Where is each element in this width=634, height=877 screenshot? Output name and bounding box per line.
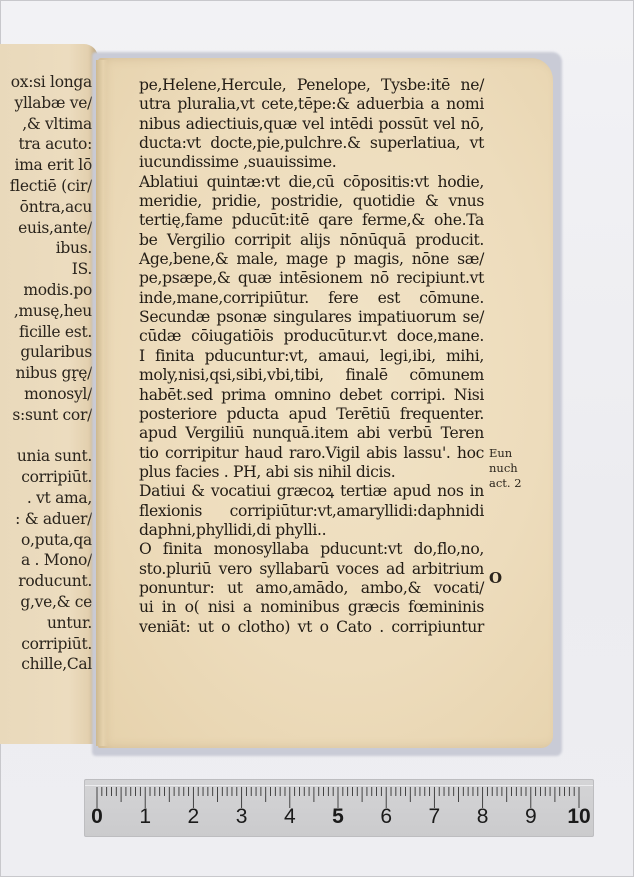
left-page: ox:si longayllabæ ve/,& vltimatra acuto:…	[0, 44, 98, 744]
ruler-label-4: 4	[275, 805, 305, 829]
left-text-line: IS.	[0, 259, 92, 280]
text-line: sto.pluriū vero syllabarū voces ad arbit…	[139, 560, 484, 579]
left-text-line: : & aduer/	[0, 509, 92, 530]
text-line: pe,Helene,Hercule, Penelope, Tysbe:itē n…	[139, 76, 484, 95]
ruler-label-7: 7	[419, 805, 449, 829]
scale-ruler: 012345678910	[84, 779, 594, 837]
text-line: nibus adiectiuis,quæ vel intēdi possūt v…	[139, 115, 484, 134]
margin-note-line: nuch	[489, 461, 529, 476]
text-line: ducta:vt docte,pie,pulchre.& superlatiua…	[139, 134, 484, 153]
margin-note-line: Eun	[489, 446, 529, 461]
left-text-line: unia sunt.	[0, 446, 92, 467]
left-text-line: nibus gr̨ę/	[0, 363, 92, 384]
text-line: inde,mane,corripiūtur. fere est cōmune.	[139, 289, 484, 308]
left-text-line: chille,Cal	[0, 654, 92, 675]
text-line: utra pluralia,vt cete,tēpe:& aduerbia a …	[139, 95, 484, 114]
text-line: pe,psæpe,& quæ intēsionem nō recipiunt.v…	[139, 269, 484, 288]
left-text-line: ficille est.	[0, 322, 92, 343]
text-line: flexionis corripiūtur:vt,amaryllidi:daph…	[139, 502, 484, 521]
margin-note-eunuch: Eunnuchact. 2	[489, 446, 529, 491]
left-text-line: roducunt.	[0, 571, 92, 592]
text-line: tio corripitur haud raro.Vigil abis lass…	[139, 444, 484, 463]
text-line: ponuntur: ut amo,amādo, ambo,& vocati/	[139, 579, 484, 598]
text-line: Datiui & vocatiui græcoꝝ tertiæ apud nos…	[139, 482, 484, 501]
margin-note-line: act. 2	[489, 476, 529, 491]
ruler-label-0: 0	[82, 805, 112, 829]
ruler-label-3: 3	[227, 805, 257, 829]
book-gutter	[96, 60, 108, 746]
ruler-label-10: 10	[564, 805, 594, 829]
left-text-line: ōntra,acu	[0, 197, 92, 218]
left-text-line: gularibus	[0, 342, 92, 363]
left-text-line: modis.po	[0, 280, 92, 301]
left-text-line: o,puta,qa	[0, 530, 92, 551]
left-text-line: g,ve,& ce	[0, 592, 92, 613]
left-text-line: flectiē (cir/	[0, 176, 92, 197]
text-line: apud Vergiliū nunquā.item abi verbū Tere…	[139, 424, 484, 443]
right-page-text: pe,Helene,Hercule, Penelope, Tysbe:itē n…	[139, 76, 484, 637]
left-text-line: ,musę,heu	[0, 301, 92, 322]
left-text-line: ibus.	[0, 238, 92, 259]
left-text-line: euis,ante/	[0, 218, 92, 239]
left-text-line: yllabæ ve/	[0, 93, 92, 114]
text-line: meridie, pridie, postridie, quotidie & v…	[139, 192, 484, 211]
text-line: I finita pducuntur:vt, amaui, legi,ibi, …	[139, 347, 484, 366]
text-line: ui in o( nisi a nominibus græcis fœminin…	[139, 598, 484, 617]
left-page-text: ox:si longayllabæ ve/,& vltimatra acuto:…	[0, 72, 92, 675]
left-text-line: corripiūt.	[0, 634, 92, 655]
text-line: cūdæ cōiugatiōis producūtur.vt doce,mane…	[139, 327, 484, 346]
left-text-line: untur.	[0, 613, 92, 634]
margin-marker: O	[489, 569, 502, 587]
text-line: Ablatiui quintæ:vt die,cū cōpositis:vt h…	[139, 173, 484, 192]
left-text-line: s:sunt cor/	[0, 405, 92, 426]
text-line: Age,bene,& male, mage p magis, nōne sæ/	[139, 250, 484, 269]
text-line: tertię,fame pducūt:itē qare ferme,& ohe.…	[139, 211, 484, 230]
text-line: moly,nisi,qsi,sibi,vbi,tibi, finalē cōmu…	[139, 366, 484, 385]
text-line: habēt.sed prima omnino debet corripi. Ni…	[139, 386, 484, 405]
left-text-line	[0, 426, 92, 447]
ruler-label-2: 2	[178, 805, 208, 829]
text-line: iucundissime ,suauissime.	[139, 153, 484, 172]
text-line: posteriore pducta apud Terētiū frequente…	[139, 405, 484, 424]
left-text-line: . vt ama,	[0, 488, 92, 509]
left-text-line: ox:si longa	[0, 72, 92, 93]
text-line: Secundæ psonæ singulares impatiuorum se/	[139, 308, 484, 327]
ruler-label-8: 8	[468, 805, 498, 829]
left-text-line: tra acuto:	[0, 134, 92, 155]
text-line: O finita monosyllaba pducunt:vt do,flo,n…	[139, 540, 484, 559]
ruler-label-5: 5	[323, 805, 353, 829]
text-line: veniāt: ut o clotho) vt o Cato . corripi…	[139, 618, 484, 637]
text-line: daphni,phyllidi,di phylli..	[139, 521, 484, 540]
left-text-line: ima erit lō	[0, 155, 92, 176]
ruler-label-6: 6	[371, 805, 401, 829]
left-text-line: a . Mono/	[0, 550, 92, 571]
left-text-line: ,& vltima	[0, 114, 92, 135]
text-line: plus facies . PH, abi sis nihil dicis.	[139, 463, 484, 482]
left-text-line: monosyl/	[0, 384, 92, 405]
left-text-line: corripiūt.	[0, 467, 92, 488]
ruler-label-9: 9	[516, 805, 546, 829]
ruler-label-1: 1	[130, 805, 160, 829]
text-line: be Vergilio corripit alijs nōnūquā produ…	[139, 231, 484, 250]
